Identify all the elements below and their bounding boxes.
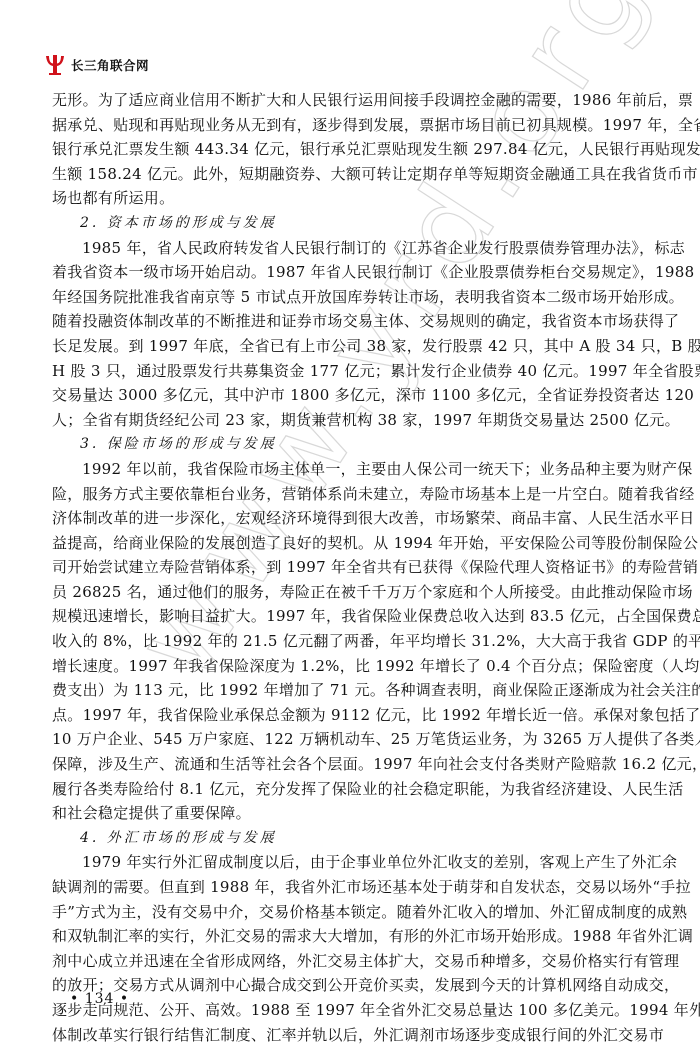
page-number: • 134 • — [70, 991, 129, 1007]
paragraph-line: 手”方式为主，没有交易中介，交易价格基本锁定。随着外汇收入的增加、外汇留成制度的… — [52, 900, 662, 925]
psi-logo-icon — [44, 53, 66, 77]
paragraph-line: 无形。为了适应商业信用不断扩大和人民银行运用间接手段调控金融的需要，1986 年… — [52, 88, 662, 113]
paragraph-line: 剂中心成立并迅速在全省形成网络，外汇交易主体扩大，交易币种增多，交易价格实行有管… — [52, 949, 662, 974]
paragraph-line: 随着投融资体制改革的不断推进和证券市场交易主体、交易规则的确定，我省资本市场获得… — [52, 309, 662, 334]
section-heading: 2. 资本市场的形成与发展 — [52, 211, 662, 236]
paragraph-line: 逐步走向规范、公开、高效。1988 至 1997 年全省外汇交易总量达 100 … — [52, 998, 662, 1023]
paragraph-line: 员 26825 名，通过他们的服务，寿险正在被千千万万个家庭和个人所接受。由此推… — [52, 580, 662, 605]
paragraph-line: 银行承兑汇票发生额 443.34 亿元，银行承兑汇票贴现发生额 297.84 亿… — [52, 137, 662, 162]
paragraph-line: 人；全省有期货经纪公司 23 家，期货兼营机构 38 家，1997 年期货交易量… — [52, 408, 662, 433]
site-logo: 长三角联合网 — [44, 53, 149, 77]
paragraph-first-line: 1985 年，省人民政府转发省人民银行制订的《江苏省企业发行股票债券管理办法》，… — [52, 236, 662, 261]
paragraph-line: 生额 158.24 亿元。此外，短期融资券、大额可转让定期存单等短期资金融通工具… — [52, 162, 662, 187]
paragraph-line: 保障，涉及生产、流通和生活等社会各个层面。1997 年向社会支付各类财产险赔款 … — [52, 752, 662, 777]
paragraph-line: 收入的 8%，比 1992 年的 21.5 亿元翻了两番，年平均增长 31.2%… — [52, 629, 662, 654]
paragraph-line: 费支出）为 113 元，比 1992 年增加了 71 元。各种调查表明，商业保险… — [52, 678, 662, 703]
paragraph-line: 济体制改革的进一步深化，宏观经济环境得到很大改善，市场繁荣、商品丰富、人民生活水… — [52, 506, 662, 531]
paragraph-line: 缺调剂的需要。但直到 1988 年，我省外汇市场还基本处于萌芽和自发状态，交易以… — [52, 875, 662, 900]
paragraph-line: 和社会稳定提供了重要保障。 — [52, 801, 662, 826]
paragraph-line: 交易量达 3000 多亿元，其中沪市 1800 多亿元，深市 1100 多亿元，… — [52, 383, 662, 408]
paragraph-line: 10 万户企业、545 万户家庭、122 万辆机动车、25 万笔货运业务，为 3… — [52, 727, 662, 752]
document-body: 无形。为了适应商业信用不断扩大和人民银行运用间接手段调控金融的需要，1986 年… — [52, 88, 662, 1047]
paragraph-line: 体制改革实行银行结售汇制度、汇率并轨以后，外汇调剂市场逐步变成银行间的外汇交易市 — [52, 1023, 662, 1048]
paragraph-line: 场也都有所运用。 — [52, 186, 662, 211]
paragraph-line: 年经国务院批准我省南京等 5 市试点开放国库券转让市场，表明我省资本二级市场开始… — [52, 285, 662, 310]
section-heading: 4. 外汇市场的形成与发展 — [52, 826, 662, 851]
paragraph-first-line: 1979 年实行外汇留成制度以后，由于企事业单位外汇收支的差别，客观上产生了外汇… — [52, 850, 662, 875]
paragraph-line: 和双轨制汇率的实行，外汇交易的需求大大增加，有形的外汇市场开始形成。1988 年… — [52, 924, 662, 949]
paragraph-line: 增长速度。1997 年我省保险深度为 1.2%，比 1992 年增长了 0.4 … — [52, 654, 662, 679]
paragraph-line: 险，服务方式主要依靠柜台业务，营销体系尚未建立，寿险市场基本上是一片空白。随着我… — [52, 482, 662, 507]
paragraph-line: 长足发展。到 1997 年底，全省已有上市公司 38 家，发行股票 42 只，其… — [52, 334, 662, 359]
paragraph-first-line: 1992 年以前，我省保险市场主体单一，主要由人保公司一统天下；业务品种主要为财… — [52, 457, 662, 482]
paragraph-line: 点。1997 年，我省保险业承保总金额为 9112 亿元，比 1992 年增长近… — [52, 703, 662, 728]
paragraph-line: 着我省资本一级市场开始启动。1987 年省人民银行制订《企业股票债券柜台交易规定… — [52, 260, 662, 285]
paragraph-line: 益提高，给商业保险的发展创造了良好的契机。从 1994 年开始，平安保险公司等股… — [52, 531, 662, 556]
section-heading: 3. 保险市场的形成与发展 — [52, 432, 662, 457]
paragraph-line: 履行各类寿险给付 8.1 亿元，充分发挥了保险业的社会稳定职能，为我省经济建设、… — [52, 777, 662, 802]
paragraph-line: 的放开；交易方式从调剂中心撮合成交到公开竞价买卖，发展到今天的计算机网络自动成交… — [52, 973, 662, 998]
site-name: 长三角联合网 — [71, 56, 149, 74]
paragraph-line: 据承兑、贴现和再贴现业务从无到有，逐步得到发展，票据市场目前已初具规模。1997… — [52, 113, 662, 138]
paragraph-line: 规模迅速增长，影响日益扩大。1997 年，我省保险业保费总收入达到 83.5 亿… — [52, 604, 662, 629]
paragraph-line: 司开始尝试建立寿险营销体系，到 1997 年全省共有已获得《保险代理人资格证书》… — [52, 555, 662, 580]
paragraph-line: H 股 3 只，通过股票发行共募集资金 177 亿元；累计发行企业债券 40 亿… — [52, 359, 662, 384]
